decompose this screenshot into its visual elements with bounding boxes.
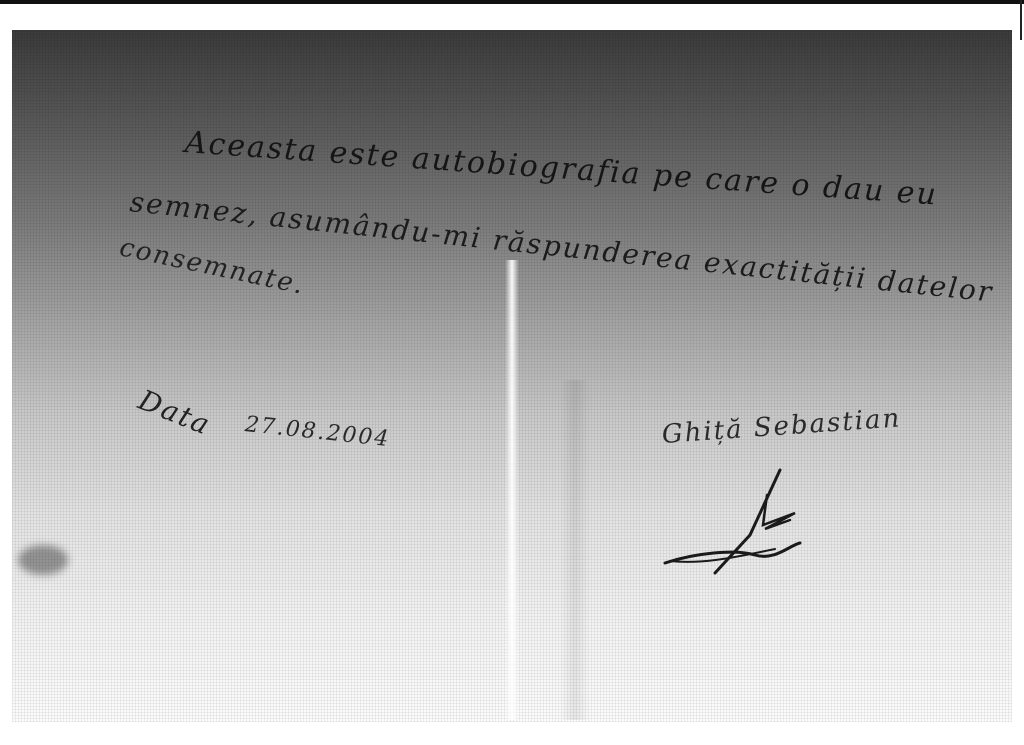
scan-top-border <box>0 0 1024 4</box>
signature-mark <box>655 465 835 585</box>
ink-smudge <box>18 545 68 575</box>
page-fold-crease <box>505 260 519 720</box>
page-fold-shadow <box>560 380 590 720</box>
scan-right-border <box>1020 0 1022 40</box>
